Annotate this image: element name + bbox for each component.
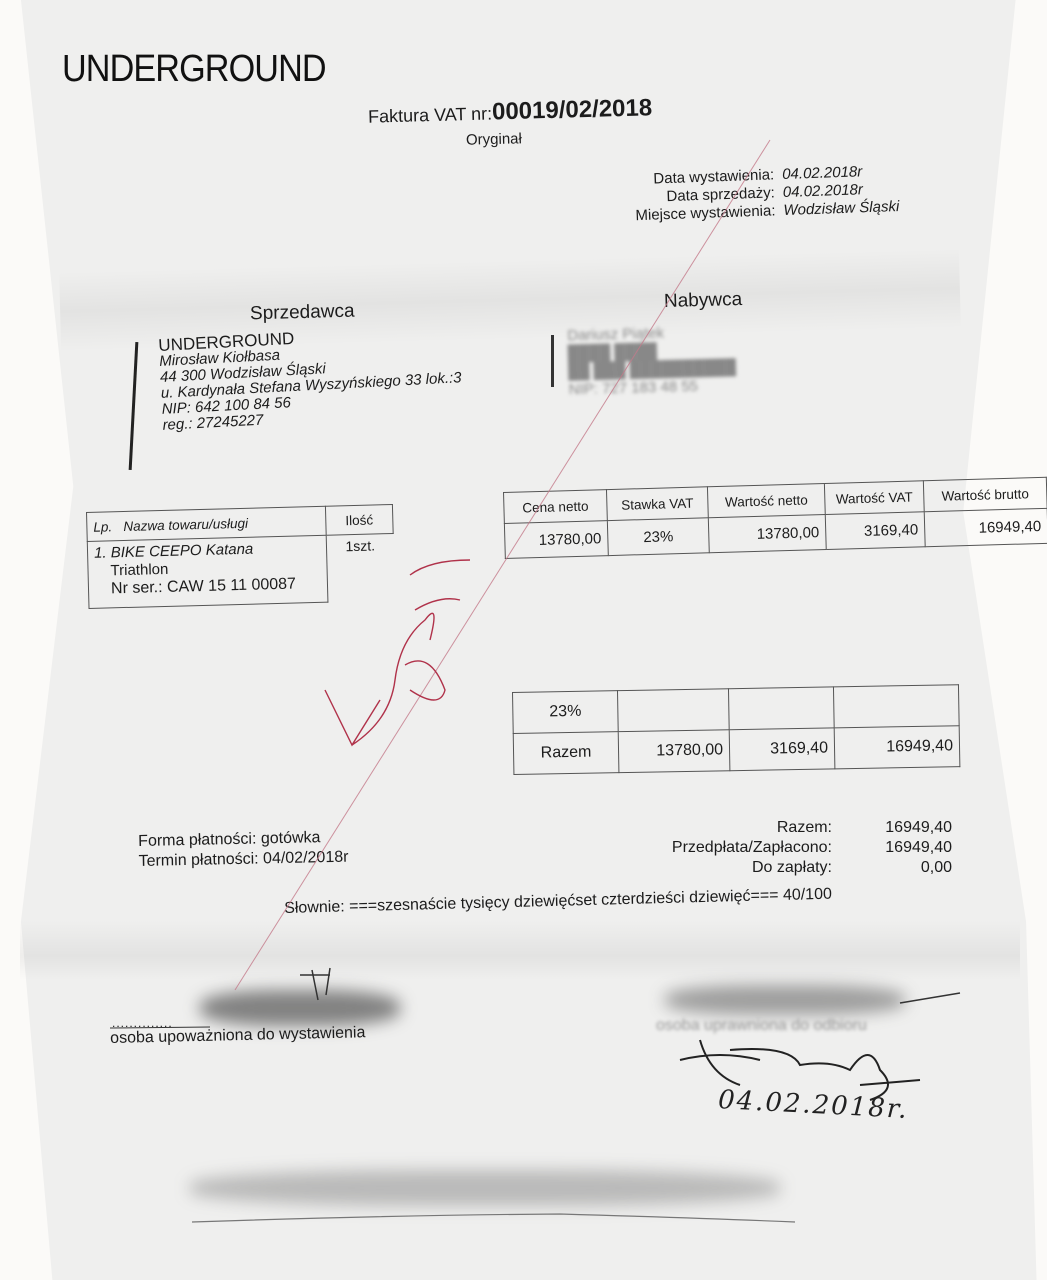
paper-fold-shadow <box>20 920 1020 980</box>
invoice-number: 00019/02/2018 <box>492 94 653 125</box>
due-value: 0,00 <box>832 858 952 878</box>
redacted-signature-receiver-name <box>665 985 905 1015</box>
company-logo: UNDERGROUND <box>62 48 326 91</box>
seller-heading: Sprzedawca <box>250 301 355 326</box>
total-value: 16949,40 <box>832 818 952 838</box>
totals-block: Razem:16949,40 Przedpłata/Zapłacono:1694… <box>650 818 952 878</box>
vat-rate-vat <box>728 687 834 730</box>
vat-total-label: Razem <box>513 732 619 775</box>
item-gross-value: 16949,40 <box>924 508 1047 546</box>
vat-rate-gross <box>833 685 959 728</box>
vat-total-gross: 16949,40 <box>834 726 960 769</box>
vat-summary-table: 23% Razem 13780,00 3169,40 16949,40 <box>512 684 960 775</box>
vat-total-net: 13780,00 <box>618 730 730 773</box>
header-vat-rate: Stawka VAT <box>606 487 708 521</box>
payment-info: Forma płatności: gotówka Termin płatnośc… <box>138 828 349 872</box>
due-row: Do zapłaty:0,00 <box>650 858 952 878</box>
paid-row: Przedpłata/Zapłacono:16949,40 <box>650 838 952 858</box>
item-vat-rate: 23% <box>607 518 709 556</box>
header-unit-net: Cena netto <box>504 490 608 524</box>
item-net-value: 13780,00 <box>708 515 826 553</box>
receiver-signature-label: osoba uprawniona do odbioru <box>656 1017 867 1035</box>
vat-rate-label: 23% <box>513 691 619 734</box>
copy-label: Oryginał <box>466 130 522 148</box>
header-net-value: Wartość netto <box>707 484 825 518</box>
header-vat-value: Wartość VAT <box>824 481 924 515</box>
items-table-left: Lp. Nazwa towaru/usługi Ilość 1. BIKE CE… <box>86 504 395 609</box>
header-name: Nazwa towaru/usługi <box>123 515 248 533</box>
item-unit-net: 13780,00 <box>504 521 608 559</box>
item-qty: 1szt. <box>326 533 395 602</box>
redacted-signature-issuer <box>200 990 400 1026</box>
buyer-details-redacted: Dariusz Piątek ████ ████ ██ ███ ████████… <box>567 323 737 399</box>
item-vat-value: 3169,40 <box>825 512 925 550</box>
paid-label: Przedpłata/Zapłacono: <box>650 838 832 858</box>
invoice-title-prefix: Faktura VAT nr: <box>368 103 493 126</box>
seller-details: UNDERGROUND Mirosław Kiołbasa 44 300 Wod… <box>158 322 464 434</box>
vat-total-row: Razem 13780,00 3169,40 16949,40 <box>513 726 960 775</box>
item-row: 1. BIKE CEEPO Katana Triathlon Nr ser.: … <box>87 533 395 608</box>
header-qty: Ilość <box>325 504 393 535</box>
buyer-bracket <box>551 335 554 387</box>
paid-value: 16949,40 <box>832 838 952 858</box>
total-label: Razem: <box>650 818 832 838</box>
item-description: 1. BIKE CEEPO Katana Triathlon Nr ser.: … <box>87 535 328 608</box>
buyer-heading: Nabywca <box>664 289 743 313</box>
total-row: Razem:16949,40 <box>650 818 952 838</box>
vat-total-vat: 3169,40 <box>729 728 835 771</box>
header-lp: Lp. <box>93 519 112 534</box>
redacted-handwriting <box>190 1170 780 1206</box>
header-gross-value: Wartość brutto <box>923 477 1047 511</box>
due-label: Do zapłaty: <box>650 858 832 878</box>
vat-rate-net <box>617 689 729 732</box>
invoice-dates: Data wystawienia:04.02.2018r Data sprzed… <box>612 162 900 226</box>
